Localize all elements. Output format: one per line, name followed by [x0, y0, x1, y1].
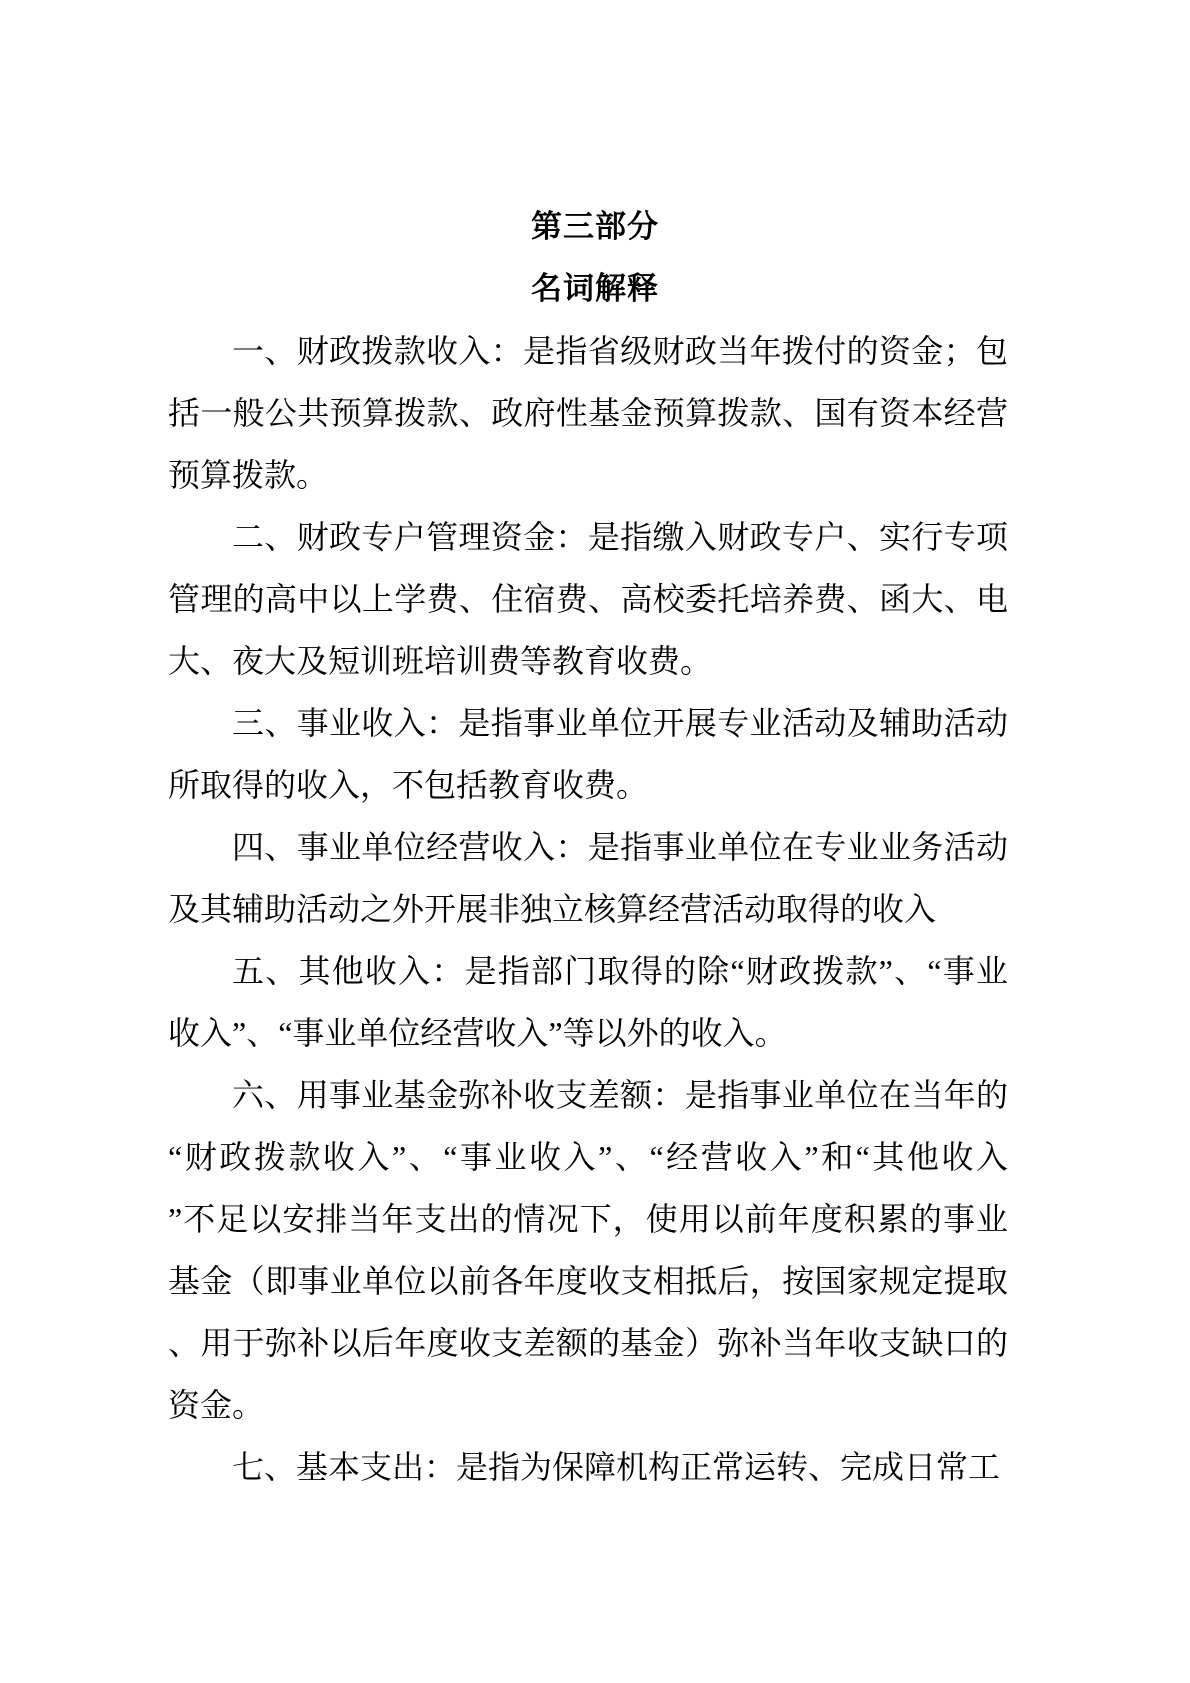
paragraph-line: 五、其他收入：是指部门取得的除“财政拨款”、“事业 [168, 940, 1008, 1002]
paragraph-line: 一、财政拨款收入：是指省级财政当年拨付的资金；包 [168, 320, 1008, 382]
paragraph-line: 及其辅助活动之外开展非独立核算经营活动取得的收入 [168, 878, 1008, 940]
paragraph-line: 基金（即事业单位以前各年度收支相抵后，按国家规定提取 [168, 1250, 1008, 1312]
paragraph-line: 三、事业收入：是指事业单位开展专业活动及辅助活动 [168, 692, 1008, 754]
paragraph-line: 二、财政专户管理资金：是指缴入财政专户、实行专项 [168, 506, 1008, 568]
paragraph-line: 六、用事业基金弥补收支差额：是指事业单位在当年的 [168, 1064, 1008, 1126]
paragraph-line: ”不足以安排当年支出的情况下，使用以前年度积累的事业 [168, 1188, 1008, 1250]
paragraph-line: 、用于弥补以后年度收支差额的基金）弥补当年收支缺口的 [168, 1312, 1008, 1374]
document-page: 第三部分 名词解释 一、财政拨款收入：是指省级财政当年拨付的资金；包括一般公共预… [0, 0, 1190, 1683]
paragraph: 一、财政拨款收入：是指省级财政当年拨付的资金；包括一般公共预算拨款、政府性基金预… [168, 320, 1008, 506]
paragraph-line: 收入”、“事业单位经营收入”等以外的收入。 [168, 1002, 1008, 1064]
paragraph: 四、事业单位经营收入：是指事业单位在专业业务活动及其辅助活动之外开展非独立核算经… [168, 816, 1008, 940]
paragraph-line: 管理的高中以上学费、住宿费、高校委托培养费、函大、电 [168, 568, 1008, 630]
paragraph-line: 预算拨款。 [168, 444, 1008, 506]
paragraph-line: 七、基本支出：是指为保障机构正常运转、完成日常工 [168, 1436, 1008, 1498]
paragraph-line: 四、事业单位经营收入：是指事业单位在专业业务活动 [168, 816, 1008, 878]
paragraph-line: 大、夜大及短训班培训费等教育收费。 [168, 630, 1008, 692]
paragraph: 六、用事业基金弥补收支差额：是指事业单位在当年的“财政拨款收入”、“事业收入”、… [168, 1064, 1008, 1436]
part-title: 第三部分 [0, 196, 1190, 258]
paragraph-line: 括一般公共预算拨款、政府性基金预算拨款、国有资本经营 [168, 382, 1008, 444]
paragraph: 二、财政专户管理资金：是指缴入财政专户、实行专项管理的高中以上学费、住宿费、高校… [168, 506, 1008, 692]
paragraph: 五、其他收入：是指部门取得的除“财政拨款”、“事业收入”、“事业单位经营收入”等… [168, 940, 1008, 1064]
paragraph-line: 所取得的收入，不包括教育收费。 [168, 754, 1008, 816]
paragraphs-container: 一、财政拨款收入：是指省级财政当年拨付的资金；包括一般公共预算拨款、政府性基金预… [168, 320, 1008, 1498]
paragraph-line: “财政拨款收入”、“事业收入”、“经营收入”和“其他收入 [168, 1126, 1008, 1188]
document-header: 第三部分 名词解释 [0, 0, 1190, 320]
paragraph: 七、基本支出：是指为保障机构正常运转、完成日常工 [168, 1436, 1008, 1498]
section-title: 名词解释 [0, 258, 1190, 320]
paragraph: 三、事业收入：是指事业单位开展专业活动及辅助活动所取得的收入，不包括教育收费。 [168, 692, 1008, 816]
paragraph-line: 资金。 [168, 1374, 1008, 1436]
